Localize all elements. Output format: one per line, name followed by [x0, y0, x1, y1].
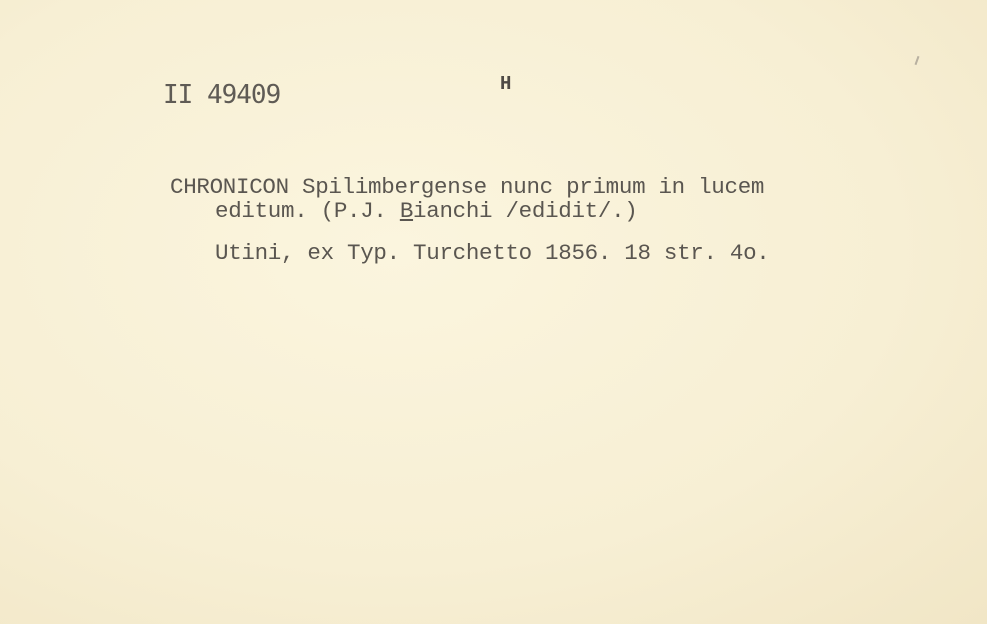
- underlined-initial: B: [400, 198, 413, 224]
- title-line-2-post: ianchi /edidit/.): [413, 198, 637, 224]
- title-line-2: editum. (P.J. Bianchi /edidit/.): [215, 198, 638, 224]
- title-line-2-pre: editum. (P.J.: [215, 198, 400, 224]
- section-letter: H: [500, 73, 511, 95]
- imprint-line: Utini, ex Typ. Turchetto 1856. 18 str. 4…: [215, 240, 770, 266]
- title-line-1: CHRONICON Spilimbergense nunc primum in …: [170, 174, 764, 200]
- pencil-mark: [915, 56, 920, 65]
- call-number: II 49409: [163, 80, 280, 110]
- catalog-card: II 49409 H CHRONICON Spilimbergense nunc…: [0, 0, 987, 624]
